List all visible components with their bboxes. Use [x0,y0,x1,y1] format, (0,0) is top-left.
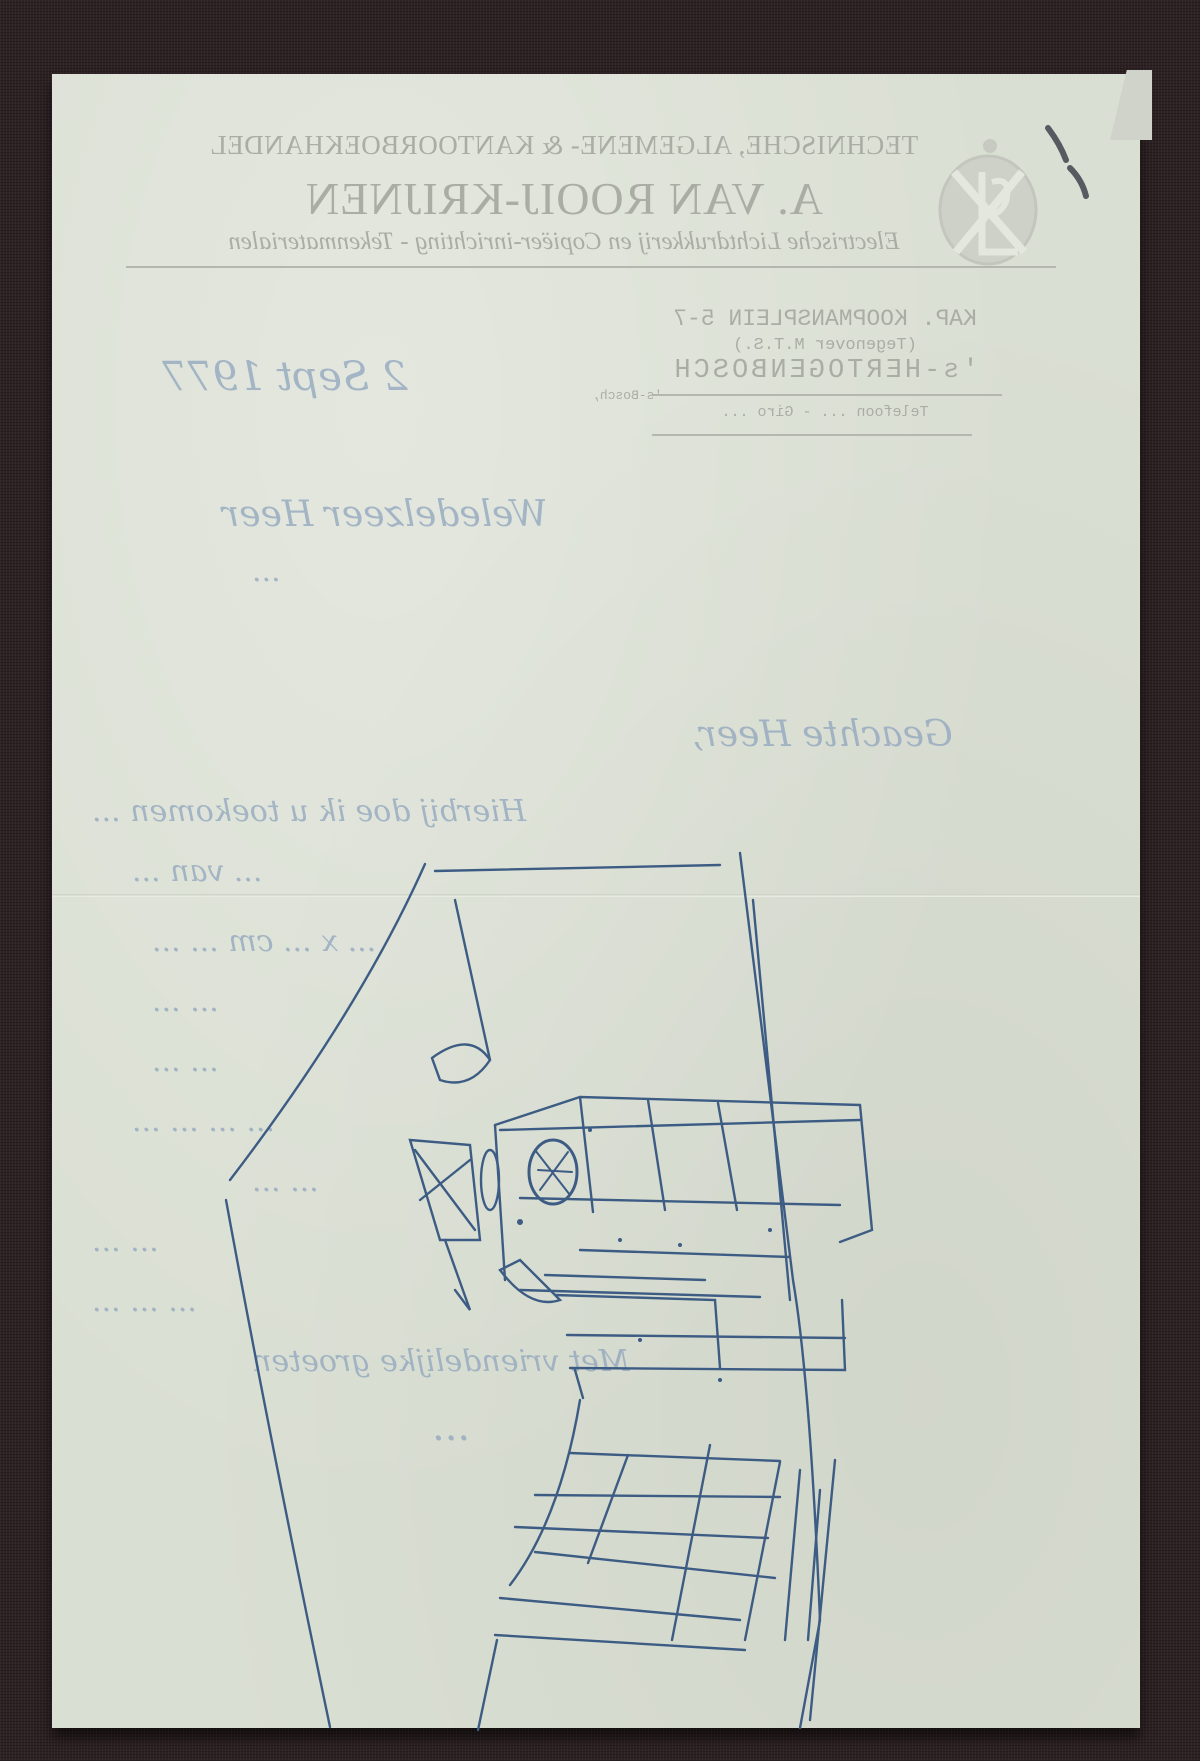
building-sketch [0,0,1200,1761]
